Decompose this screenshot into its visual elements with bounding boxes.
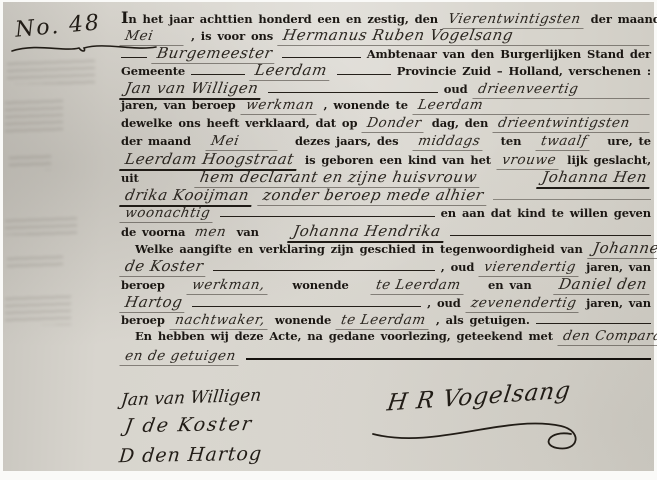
printed-text: is geboren een kind van het (305, 153, 491, 167)
handwritten-entry-signing-parties: en de getuigen (119, 348, 241, 366)
act-line-10: uit hem declarant en zijne huisvrouw Joh… (121, 168, 651, 186)
printed-text: Welke aangifte en verklaring zijn geschi… (135, 242, 583, 256)
filler-rule (268, 80, 437, 93)
handwritten-entry-official-name: Hermanus Ruben Vogelsang (277, 26, 652, 46)
handwritten-entry-residence: Leerdam (412, 97, 652, 115)
printed-text: uit (121, 171, 139, 185)
printed-text: van (237, 225, 259, 239)
filler-rule (337, 62, 391, 75)
ink-bleedthrough (7, 58, 95, 84)
document-scan: No. 48 In het jaar achttien honderd een … (0, 0, 657, 480)
printed-text: Provincie Zuid – Holland, verschenen : (397, 64, 651, 78)
ink-bleedthrough (5, 215, 77, 235)
act-line-16: beroep werkman, wonende te Leerdam en va… (121, 275, 651, 293)
filler-rule (450, 223, 651, 236)
signature-declarant: Jan van Willigen (120, 386, 262, 411)
handwritten-entry-witness1-name: de Koster (119, 257, 209, 277)
handwritten-entry-mother-name: Johanna Hen (536, 168, 653, 189)
handwritten-entry-occupation: werkman (240, 97, 319, 115)
act-line-17: Hartog , oud zevenendertig jaren, van (121, 293, 651, 311)
paper-background: No. 48 In het jaar achttien honderd een … (3, 2, 654, 471)
printed-text: , oud (427, 296, 461, 310)
closing-rule (246, 346, 651, 360)
printed-text: dewelke ons heeft verklaard, dat op (121, 116, 357, 130)
printed-text: der maand (591, 12, 657, 26)
printed-text: en aan dat kind te willen geven (441, 206, 651, 220)
act-line-05: Jan van Willigen oud drieenveertig (121, 79, 651, 97)
filler-rule (213, 258, 435, 271)
printed-text: , is voor ons (191, 29, 273, 43)
act-number: No. 48 (14, 10, 102, 42)
handwritten-entry-weekday: Donder (362, 115, 428, 133)
act-line-18: beroep nachtwaker, wonende te Leerdam , … (121, 311, 651, 329)
printed-text: beroep (121, 278, 165, 292)
handwritten-entry-witness1-name: Johannes (587, 239, 657, 259)
ink-bleedthrough (5, 97, 63, 133)
handwritten-entry-month: Mei (205, 133, 280, 151)
signature-flourish-icon (365, 406, 615, 460)
printed-text: de voorna (121, 225, 185, 239)
printed-text: , oud (441, 260, 475, 274)
printed-text: oud (444, 82, 468, 96)
handwritten-entry: men (190, 224, 232, 240)
handwritten-entry-witness2-occupation: nachtwaker, (169, 312, 270, 330)
handwritten-entry-residence-note: woonachtig (119, 205, 215, 223)
handwritten-entry-signing-parties: den Comparant (557, 328, 657, 346)
printed-text: ure, te (607, 134, 651, 148)
handwritten-entry-witness1-residence: te Leerdam (370, 277, 466, 295)
printed-text: Gemeente (121, 64, 185, 78)
handwritten-entry-birthday: drieentwintigsten (493, 115, 653, 133)
handwritten-entry-daypart: middags (413, 133, 486, 151)
handwritten-entry-witness2-name: Daniel den (553, 275, 653, 295)
filler-rule (191, 62, 245, 75)
printed-text: jaren, van (586, 260, 651, 274)
signature-block: Jan van Willigen J de Koster D den Harto… (121, 370, 651, 476)
printed-text: Ambtenaar van den Burgerlijken Stand der (367, 47, 651, 61)
ink-bleedthrough (9, 152, 51, 170)
act-line-03: Burgemeester Ambtenaar van den Burgerlij… (121, 44, 651, 62)
printed-text: en van (488, 278, 532, 292)
handwritten-entry-child-names: Johanna Hendrika (287, 222, 446, 243)
handwritten-entry-witness1-occupation: werkman, (187, 277, 271, 295)
handwritten-entry-hour: twaalf (536, 133, 593, 151)
printed-text: , wonende te (324, 98, 408, 112)
signature-witness-1: J de Koster (123, 413, 254, 437)
filler-rule (282, 45, 360, 58)
act-line-01: In het jaar achttien honderd een en zest… (121, 8, 651, 26)
printed-text: wonende (292, 278, 348, 292)
filler-rule (121, 45, 147, 58)
printed-text: jaren, van (586, 296, 651, 310)
act-line-07: dewelke ons heeft verklaard, dat op Dond… (121, 115, 651, 133)
act-line-15: de Koster , oud vierendertig jaren, van (121, 257, 651, 275)
printed-text: ten (501, 134, 522, 148)
printed-text: dezes jaars, des (295, 134, 399, 148)
printed-text: In het jaar achttien honderd een en zest… (121, 8, 438, 27)
act-line-13: de voorna men van Johanna Hendrika (121, 222, 651, 240)
ink-bleedthrough (5, 293, 71, 325)
printed-text: beroep (121, 313, 165, 327)
handwritten-entry-witness2-age: zevenendertig (465, 295, 582, 313)
act-line-20: en de getuigen (121, 346, 651, 364)
signature-witness-2: D den Hartog (118, 443, 263, 468)
printed-text: jaren, van beroep (121, 98, 236, 112)
handwritten-entry-mother-name: drika Kooijman (119, 186, 255, 207)
printed-text: wonende (275, 313, 331, 327)
act-body: In het jaar achttien honderd een en zest… (121, 8, 651, 364)
act-line-04: Gemeente Leerdam Provincie Zuid – Hollan… (121, 61, 651, 79)
printed-text: En hebben wij deze Acte, na gedane voorl… (135, 329, 553, 343)
act-line-02: Mei , is voor ons Hermanus Ruben Vogelsa… (121, 26, 651, 44)
printed-text: der maand (121, 134, 191, 148)
act-line-12: woonachtig en aan dat kind te willen gev… (121, 204, 651, 222)
printed-text: dag, den (432, 116, 488, 130)
act-line-09: Leerdam Hoogstraat is geboren een kind v… (121, 150, 651, 168)
handwritten-entry-witness2-residence: te Leerdam (336, 312, 432, 330)
act-line-08: der maand Mei dezes jaars, des middags t… (121, 133, 651, 151)
ink-bleedthrough (7, 253, 63, 269)
act-line-19: En hebben wij deze Acte, na gedane voorl… (121, 328, 651, 346)
filler-rule (192, 294, 421, 307)
handwritten-entry-mother-details: zonder beroep mede alhier (257, 186, 489, 206)
printed-text: lijk geslacht, (567, 153, 651, 167)
printed-text: , als getuigen. (436, 313, 530, 327)
handwritten-entry-witness2-name: Hartog (119, 293, 188, 313)
